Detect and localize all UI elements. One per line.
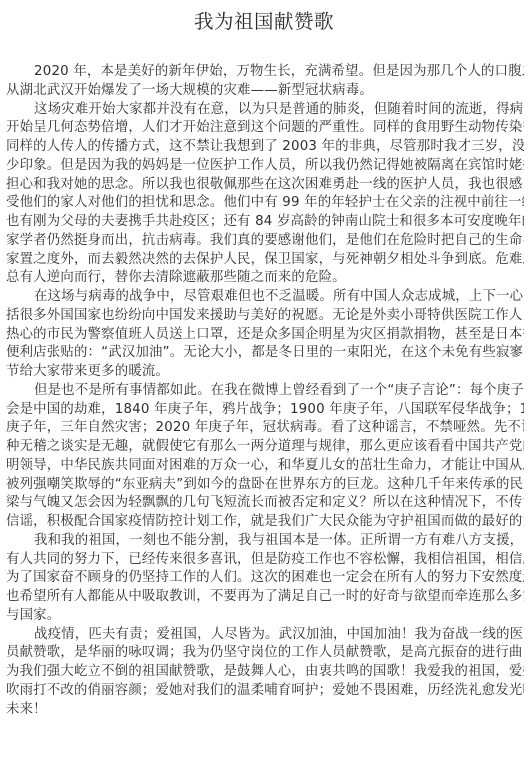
text-line: 受他们的家人对他们的担忧和思念。他们中有 99 年的年轻护士在父亲的注视中前往一… bbox=[6, 194, 524, 213]
text-line: 有人共同的努力下，已经传来很多喜讯，但是防疫工作也不容松懈，我相信祖国，相信所有 bbox=[6, 551, 524, 570]
text-line: 员献赞歌，是华丽的咏叹调；我为仍坚守岗位的工作人员献赞歌，是高亢振奋的进行曲；我 bbox=[6, 644, 524, 663]
paragraph-6: 战疫情，匹夫有责；爱祖国，人尽皆为。武汉加油，中国加油！我为奋战一线的医护人员献… bbox=[6, 626, 524, 720]
text-line: 总有人逆向而行，替你去清除遮蔽那些随之而来的危险。 bbox=[6, 269, 524, 288]
text-line: 信谣，积极配合国家疫情防控计划工作，就是我们广大民众能为守护祖国而做的最好的贡献… bbox=[6, 513, 524, 532]
paragraph-3: 在这场与病毒的战争中，尽管艰难但也不乏温暖。所有中国人众志成城，上下一心，包括很… bbox=[6, 288, 524, 382]
text-line: 便利店张贴的：“武汉加油”。无论大小，都是冬日里的一束阳光，在这个未免有些寂寥的… bbox=[6, 344, 524, 363]
document-page: 我为祖国献赞歌 2020 年，本是美好的新年伊始，万物生长，充满希望。但是因为那… bbox=[0, 0, 528, 768]
text-line: 同样的人传人的传播方式，这不禁让我想到了 2003 年的非典，尽管那时我才三岁，… bbox=[6, 138, 524, 157]
text-line: 少印象。但是因为我的妈妈是一位医护工作人员，所以我仍然记得她被隔离在宾馆时姥姥的 bbox=[6, 157, 524, 176]
text-line: 热心的市民为警察值班人员送上口罩，还是众多国企明星为灾区捐款捐物，甚至是日本街头 bbox=[6, 326, 524, 345]
document-title: 我为祖国献赞歌 bbox=[0, 8, 528, 36]
text-line: 这场灾难开始大家都并没有在意，以为只是普通的肺炎，但随着时间的流逝，得病人数 bbox=[6, 101, 524, 120]
paragraph-1: 2020 年，本是美好的新年伊始，万物生长，充满希望。但是因为那几个人的口腹之欲… bbox=[6, 63, 524, 101]
text-line: 庚子年，三年自然灾害；2020 年庚子年，冠状病毒。看了这种谣言，不禁哑然。先不… bbox=[6, 419, 524, 438]
text-line: 我和我的祖国，一刻也不能分割，我与祖国本是一体。正所谓一方有难八方支援，在所 bbox=[6, 532, 524, 551]
text-line: 2020 年，本是美好的新年伊始，万物生长，充满希望。但是因为那几个人的口腹之欲… bbox=[6, 63, 524, 82]
text-line: 括很多外国国家也纷纷向中国发来援助与美好的祝愿。无论是外卖小哥特供医院工作人员， bbox=[6, 307, 524, 326]
text-line: 家学者仍然挺身而出，抗击病毒。我们真的要感谢他们，是他们在危险时把自己的生命与小 bbox=[6, 232, 524, 251]
text-line: 被列强嘲笑欺辱的“东亚病夫”到如今的盘卧在世界东方的巨龙。这种几千年来传承的民族… bbox=[6, 476, 524, 495]
text-line: 从湖北武汉开始爆发了一场大规模的灾难——新型冠状病毒。 bbox=[6, 82, 524, 101]
text-line: 但是也不是所有事情都如此。在我在微博上曾经看到了一个“庚子言论”：每个庚子年都 bbox=[6, 382, 524, 401]
text-line: 吹雨打不改的俏丽容颜；爱她对我们的温柔哺育呵护；爱她不畏困难，历经洗礼愈发光明的 bbox=[6, 682, 524, 701]
paragraph-4: 但是也不是所有事情都如此。在我在微博上曾经看到了一个“庚子言论”：每个庚子年都会… bbox=[6, 382, 524, 532]
text-line: 也有刚为父母的夫妻携手共赴疫区；还有 84 岁高龄的钟南山院士和很多本可安度晚年… bbox=[6, 213, 524, 232]
paragraph-2: 这场灾难开始大家都并没有在意，以为只是普通的肺炎，但随着时间的流逝，得病人数开始… bbox=[6, 101, 524, 289]
text-line: 种无稽之谈实是无趣，就假使它有那么一两分道理与规律，那么更应该看看中国共产党的英 bbox=[6, 438, 524, 457]
paragraph-5: 我和我的祖国，一刻也不能分割，我与祖国本是一体。正所谓一方有难八方支援，在所有人… bbox=[6, 532, 524, 626]
text-line: 担心和我对她的思念。所以我也很敬佩那些在这次困难勇赴一线的医护人员，我也很感同身 bbox=[6, 176, 524, 195]
text-line: 会是中国的劫难，1840 年庚子年，鸦片战争；1900 年庚子年，八国联军侵华战… bbox=[6, 401, 524, 420]
text-line: 为了国家奋不顾身的仍坚持工作的人们。这次的困难也一定会在所有人的努力下安然度过。 bbox=[6, 569, 524, 588]
document-body: 2020 年，本是美好的新年伊始，万物生长，充满希望。但是因为那几个人的口腹之欲… bbox=[6, 63, 524, 719]
text-line: 战疫情，匹夫有责；爱祖国，人尽皆为。武汉加油，中国加油！我为奋战一线的医护人 bbox=[6, 626, 524, 645]
text-line: 开始呈几何态势倍增，人们才开始注意到这个问题的严重性。同样的食用野生动物传染得病… bbox=[6, 119, 524, 138]
text-line: 为我们强大屹立不倒的祖国献赞歌，是鼓舞人心，由衷共鸣的国歌！我爱我的祖国，爱她风 bbox=[6, 663, 524, 682]
text-line: 节给大家带来更多的暖流。 bbox=[6, 363, 524, 382]
text-line: 梁与气魄又怎会因为轻飘飘的几句飞短流长而被否定和定义？所以在这种情况下，不传谣不 bbox=[6, 494, 524, 513]
text-line: 家置之度外，而去毅然决然的去保护人民，保卫国家，与死神朝夕相处斗争到底。危难之中 bbox=[6, 251, 524, 270]
text-line: 在这场与病毒的战争中，尽管艰难但也不乏温暖。所有中国人众志成城，上下一心，包 bbox=[6, 288, 524, 307]
text-line: 未来！ bbox=[6, 701, 524, 720]
text-line: 与国家。 bbox=[6, 607, 524, 626]
text-line: 也希望所有人都能从中吸取教训，不要再为了满足自己一时的好奇与欲望而牵连那么多家庭 bbox=[6, 588, 524, 607]
text-line: 明领导，中华民族共同面对困难的万众一心，和华夏儿女的茁壮生命力，才能让中国从之前 bbox=[6, 457, 524, 476]
